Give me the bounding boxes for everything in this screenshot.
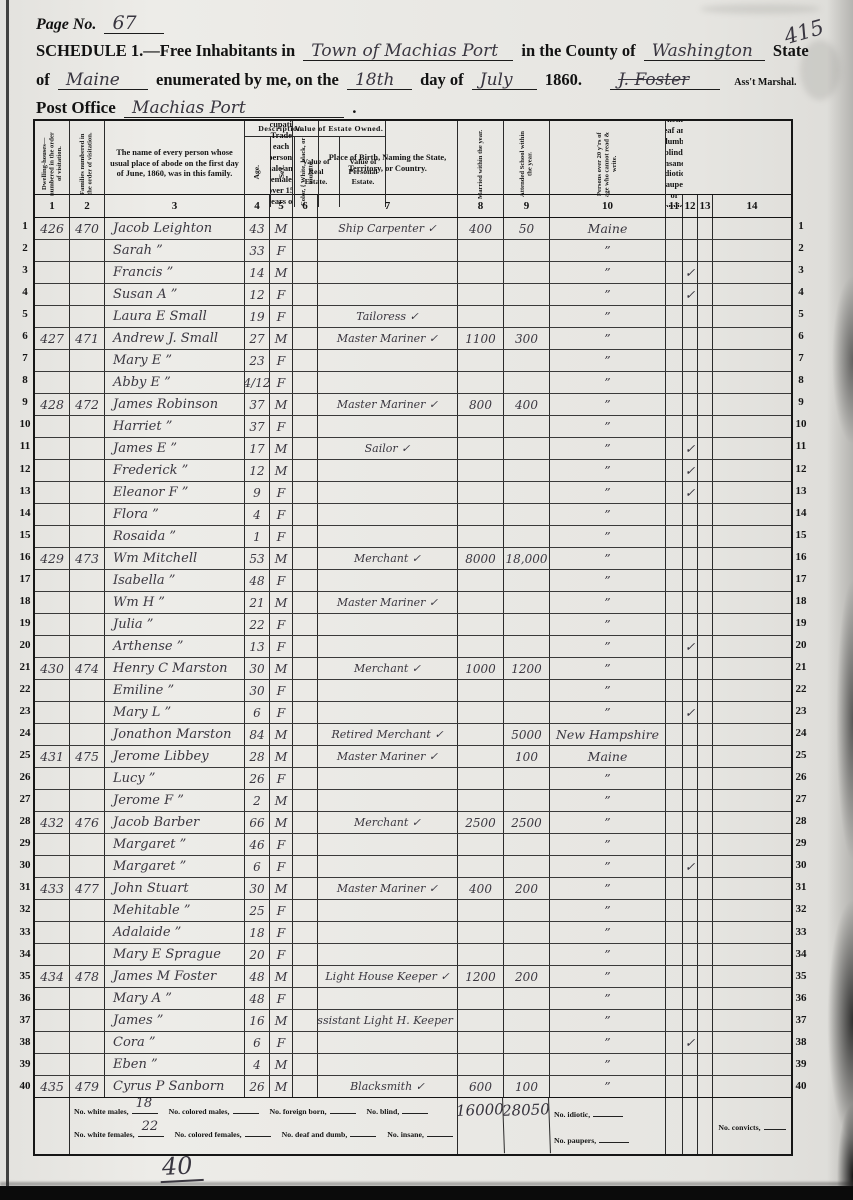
cell-re: 2500 [458, 812, 504, 833]
census-scan-page: Page No. 67 SCHEDULE 1.—Free Inhabitants… [0, 0, 853, 1200]
cell-name: James E ” [105, 438, 245, 459]
tally-label: No. colored males, [169, 1107, 230, 1116]
footer-tally-section: No. white males,18No. colored males,No. … [70, 1098, 458, 1154]
cell-birth: Maine [550, 218, 666, 239]
tally-label: No. white females, [74, 1130, 135, 1139]
cell-age: 25 [245, 900, 270, 921]
row-number: 13 [793, 480, 809, 502]
cell-dw [35, 438, 70, 459]
cell-name: Isabella ” [105, 570, 245, 591]
cell-dw: 432 [35, 812, 70, 833]
cell-sex: M [270, 548, 293, 569]
cell-fam [70, 416, 105, 437]
row-number: 37 [17, 1009, 33, 1031]
cell-pe [504, 944, 550, 965]
cell-pe [504, 1010, 550, 1031]
cell-sex: M [270, 746, 293, 767]
cell-fam [70, 1010, 105, 1031]
cell-pe [504, 900, 550, 921]
tally-item: No. foreign born, [270, 1103, 356, 1116]
cell-r [698, 1054, 713, 1075]
convicts-label: No. convicts, [718, 1123, 760, 1132]
tally-label: No. colored females, [175, 1130, 242, 1139]
cell-pe [504, 856, 550, 877]
cell-rem [713, 240, 791, 261]
row-number: 6 [17, 325, 33, 347]
cell-rem [713, 680, 791, 701]
census-row: Francis ”14M”✓ [35, 262, 791, 284]
cell-m [666, 658, 683, 679]
cell-sex: F [270, 900, 293, 921]
cell-col [293, 966, 318, 987]
cell-name: Abby E ” [105, 372, 245, 393]
cell-r [698, 306, 713, 327]
cell-s [683, 834, 698, 855]
cell-col [293, 504, 318, 525]
tally-blank: 22 [138, 1126, 164, 1137]
tally-item: No. deaf and dumb, [282, 1126, 377, 1139]
cell-sex: F [270, 526, 293, 547]
cell-dw [35, 856, 70, 877]
census-row: Isabella ”48F” [35, 570, 791, 592]
cell-sex: F [270, 988, 293, 1009]
census-row: Susan A ”12F”✓ [35, 284, 791, 306]
row-number: 27 [793, 788, 809, 810]
cell-s [683, 724, 698, 745]
cell-pe [504, 570, 550, 591]
cell-fam [70, 834, 105, 855]
row-number: 37 [793, 1009, 809, 1031]
cell-fam [70, 988, 105, 1009]
scan-bottom-edge [0, 1186, 853, 1200]
cell-pe [504, 240, 550, 261]
cell-age: 1 [245, 526, 270, 547]
cell-occ [318, 504, 458, 525]
cell-birth: ” [550, 988, 666, 1009]
cell-fam: 478 [70, 966, 105, 987]
tally-line: No. white males,18No. colored males,No. … [74, 1103, 457, 1126]
cell-s [683, 504, 698, 525]
cell-age: 28 [245, 746, 270, 767]
cell-name: Mary A ” [105, 988, 245, 1009]
tally-blank [350, 1126, 376, 1137]
cell-r [698, 570, 713, 591]
row-number: 22 [793, 678, 809, 700]
cell-rem [713, 262, 791, 283]
cell-occ: Master Mariner ✓ [318, 394, 458, 415]
cell-pe [504, 416, 550, 437]
cell-s [683, 1010, 698, 1031]
cell-name: Emiline ” [105, 680, 245, 701]
cell-m [666, 1010, 683, 1031]
cell-occ: Merchant ✓ [318, 658, 458, 679]
cell-pe [504, 922, 550, 943]
cell-occ [318, 614, 458, 635]
cell-birth: New Hampshire [550, 724, 666, 745]
cell-sex: F [270, 570, 293, 591]
cell-s: ✓ [683, 262, 698, 283]
row-number: 36 [793, 987, 809, 1009]
cell-re [458, 372, 504, 393]
cell-sex: M [270, 218, 293, 239]
cell-sex: M [270, 724, 293, 745]
cell-re [458, 702, 504, 723]
census-row: 434478James M Foster48MLight House Keepe… [35, 966, 791, 988]
cell-dw [35, 922, 70, 943]
cell-age: 26 [245, 768, 270, 789]
cell-col [293, 680, 318, 701]
cell-r [698, 350, 713, 371]
paupers-blank [599, 1134, 629, 1143]
row-number: 9 [793, 391, 809, 413]
cell-fam: 472 [70, 394, 105, 415]
cell-s [683, 1076, 698, 1097]
row-number: 19 [793, 612, 809, 634]
schedule-enumerated: enumerated by me, on the [156, 70, 339, 89]
cell-re [458, 438, 504, 459]
cell-col [293, 988, 318, 1009]
census-row: Eben ”4M” [35, 1054, 791, 1076]
row-number: 11 [17, 435, 33, 457]
census-row: Jonathon Marston84MRetired Merchant ✓500… [35, 724, 791, 746]
cell-r [698, 834, 713, 855]
cell-rem [713, 944, 791, 965]
census-row: Emiline ”30F” [35, 680, 791, 702]
cell-rem [713, 570, 791, 591]
cell-age: 13 [245, 636, 270, 657]
cell-m [666, 460, 683, 481]
row-number: 28 [17, 810, 33, 832]
cell-age: 84 [245, 724, 270, 745]
row-number: 9 [17, 391, 33, 413]
cell-m [666, 1032, 683, 1053]
cell-m [666, 328, 683, 349]
tally-item: No. blind, [367, 1103, 429, 1116]
row-number: 25 [793, 744, 809, 766]
cell-r [698, 856, 713, 877]
cell-pe [504, 372, 550, 393]
cell-sex: M [270, 790, 293, 811]
row-number: 18 [793, 590, 809, 612]
cell-name: Margaret ” [105, 834, 245, 855]
tally-item: No. colored females, [175, 1126, 271, 1139]
cell-s [683, 746, 698, 767]
row-number: 13 [17, 480, 33, 502]
cell-sex: F [270, 416, 293, 437]
cell-rem [713, 1032, 791, 1053]
form-header: Page No. 67 SCHEDULE 1.—Free Inhabitants… [36, 10, 826, 118]
cell-r [698, 284, 713, 305]
cell-birth: ” [550, 768, 666, 789]
row-number: 40 [17, 1075, 33, 1097]
cell-occ [318, 350, 458, 371]
cell-col [293, 482, 318, 503]
cell-fam: 479 [70, 1076, 105, 1097]
tally-blank: 18 [132, 1103, 158, 1114]
cell-m [666, 350, 683, 371]
census-row: Harriet ”37F” [35, 416, 791, 438]
cell-col [293, 460, 318, 481]
cell-col [293, 702, 318, 723]
cell-re [458, 614, 504, 635]
cell-occ: Master Mariner ✓ [318, 878, 458, 899]
cell-col [293, 284, 318, 305]
cell-r [698, 1076, 713, 1097]
cell-s [683, 306, 698, 327]
row-number: 26 [17, 766, 33, 788]
census-table: Dwelling-houses— numbered in the order o… [33, 119, 793, 1156]
cell-birth: ” [550, 614, 666, 635]
cell-fam: 474 [70, 658, 105, 679]
tally-value: 18 [136, 1098, 153, 1111]
cell-r [698, 482, 713, 503]
cell-dw [35, 988, 70, 1009]
cell-s: ✓ [683, 702, 698, 723]
cell-name: Julia ” [105, 614, 245, 635]
cell-sex: F [270, 944, 293, 965]
cell-fam [70, 570, 105, 591]
row-number: 6 [793, 325, 809, 347]
cell-s [683, 790, 698, 811]
cell-re [458, 900, 504, 921]
cell-pe [504, 768, 550, 789]
cell-col [293, 1010, 318, 1031]
cell-fam [70, 944, 105, 965]
row-numbers-left: 1234567891011121314151617181920212223242… [17, 215, 33, 1097]
cell-re [458, 834, 504, 855]
cell-r [698, 394, 713, 415]
footer-empty-cell [35, 1098, 70, 1154]
cell-birth: ” [550, 570, 666, 591]
cell-col [293, 262, 318, 283]
cell-occ [318, 900, 458, 921]
schedule-county-label: in the County of [521, 41, 635, 60]
cell-name: Eleanor F ” [105, 482, 245, 503]
cell-pe: 50 [504, 218, 550, 239]
cell-s: ✓ [683, 438, 698, 459]
cell-re: 1100 [458, 328, 504, 349]
cell-sex: F [270, 482, 293, 503]
cell-dw [35, 900, 70, 921]
personal-estate-total: 28050 [503, 1097, 551, 1155]
cell-birth: ” [550, 834, 666, 855]
census-row: Jerome F ”2M” [35, 790, 791, 812]
idiotic-label: No. idiotic, [554, 1110, 590, 1119]
cell-fam [70, 482, 105, 503]
cell-occ [318, 636, 458, 657]
schedule-place: Town of Machias Port [303, 43, 513, 61]
census-row: Abby E ”4/12F” [35, 372, 791, 394]
cell-dw [35, 636, 70, 657]
census-row: Mehitable ”25F” [35, 900, 791, 922]
cell-name: Eben ” [105, 1054, 245, 1075]
cell-rem [713, 812, 791, 833]
cell-fam [70, 284, 105, 305]
cell-dw [35, 724, 70, 745]
cell-occ [318, 284, 458, 305]
cell-m [666, 218, 683, 239]
schedule-year: 1860. [545, 70, 582, 89]
cell-r [698, 262, 713, 283]
cell-sex: M [270, 812, 293, 833]
cell-re [458, 350, 504, 371]
cell-sex: F [270, 614, 293, 635]
cell-pe: 200 [504, 878, 550, 899]
cell-re [458, 856, 504, 877]
cell-m [666, 702, 683, 723]
cell-occ [318, 790, 458, 811]
cell-col [293, 812, 318, 833]
cell-age: 19 [245, 306, 270, 327]
cell-sex: F [270, 504, 293, 525]
cell-birth: ” [550, 350, 666, 371]
row-number: 8 [17, 369, 33, 391]
cell-s [683, 1054, 698, 1075]
cell-r [698, 636, 713, 657]
cell-pe: 100 [504, 1076, 550, 1097]
cell-occ [318, 262, 458, 283]
schedule-county: Washington [644, 43, 765, 61]
cell-age: 21 [245, 592, 270, 613]
cell-re [458, 284, 504, 305]
census-row: 435479Cyrus P Sanborn26MBlacksmith ✓6001… [35, 1076, 791, 1098]
real-estate-total: 16000 [457, 1097, 505, 1155]
cell-pe [504, 1054, 550, 1075]
cell-s [683, 614, 698, 635]
cell-s [683, 350, 698, 371]
cell-col [293, 900, 318, 921]
cell-birth: ” [550, 1076, 666, 1097]
cell-r [698, 416, 713, 437]
cell-occ: Master Mariner ✓ [318, 592, 458, 613]
census-row: Sarah ”33F” [35, 240, 791, 262]
cell-m [666, 834, 683, 855]
cell-birth: ” [550, 658, 666, 679]
cell-fam [70, 592, 105, 613]
cell-sex: F [270, 636, 293, 657]
row-number: 12 [793, 458, 809, 480]
cell-fam [70, 768, 105, 789]
census-row: Lucy ”26F” [35, 768, 791, 790]
cell-occ: Master Mariner ✓ [318, 328, 458, 349]
page-no-label: Page No. [36, 16, 96, 33]
cell-s [683, 394, 698, 415]
cell-fam [70, 680, 105, 701]
cell-birth: ” [550, 1032, 666, 1053]
cell-re [458, 724, 504, 745]
cell-fam [70, 504, 105, 525]
cell-fam [70, 856, 105, 877]
cell-m [666, 482, 683, 503]
cell-age: 46 [245, 834, 270, 855]
row-number: 4 [793, 281, 809, 303]
post-office-label: Post Office [36, 98, 116, 117]
cell-pe [504, 790, 550, 811]
tally-label: No. deaf and dumb, [282, 1130, 348, 1139]
cell-dw: 427 [35, 328, 70, 349]
cell-rem [713, 922, 791, 943]
cell-occ [318, 944, 458, 965]
cell-col [293, 878, 318, 899]
cell-col [293, 724, 318, 745]
cell-age: 20 [245, 944, 270, 965]
cell-pe [504, 1032, 550, 1053]
cell-birth: ” [550, 262, 666, 283]
cell-re: 1000 [458, 658, 504, 679]
row-number: 32 [17, 898, 33, 920]
row-number: 3 [793, 259, 809, 281]
cell-r [698, 988, 713, 1009]
cell-s [683, 768, 698, 789]
cell-col [293, 834, 318, 855]
cell-s [683, 680, 698, 701]
paupers-label: No. paupers, [554, 1136, 596, 1145]
cell-rem [713, 350, 791, 371]
cell-age: 23 [245, 350, 270, 371]
row-number: 4 [17, 281, 33, 303]
cell-dw [35, 240, 70, 261]
cell-birth: ” [550, 944, 666, 965]
cell-rem [713, 1076, 791, 1097]
cell-age: 48 [245, 966, 270, 987]
cell-sex: F [270, 350, 293, 371]
cell-rem [713, 482, 791, 503]
cell-dw [35, 944, 70, 965]
cell-dw: 435 [35, 1076, 70, 1097]
cell-name: Susan A ” [105, 284, 245, 305]
cell-age: 6 [245, 702, 270, 723]
row-number: 36 [17, 987, 33, 1009]
cell-dw [35, 460, 70, 481]
cell-col [293, 636, 318, 657]
cell-rem [713, 768, 791, 789]
row-number: 24 [793, 722, 809, 744]
column-number: 7 [318, 195, 458, 217]
cell-occ: Merchant ✓ [318, 812, 458, 833]
cell-sex: F [270, 372, 293, 393]
cell-s [683, 812, 698, 833]
cell-s [683, 526, 698, 547]
cell-s [683, 878, 698, 899]
census-row: Flora ”4F” [35, 504, 791, 526]
footer-col12-cell [683, 1098, 698, 1154]
cell-sex: F [270, 834, 293, 855]
post-office-value: Machias Port [124, 100, 344, 118]
column-number: 13 [698, 195, 713, 217]
cell-s [683, 944, 698, 965]
cell-re: 8000 [458, 548, 504, 569]
cell-s [683, 592, 698, 613]
post-office-period: . [352, 98, 356, 117]
census-row: Mary A ”48F” [35, 988, 791, 1010]
cell-r [698, 702, 713, 723]
cell-m [666, 548, 683, 569]
cell-m [666, 724, 683, 745]
cell-age: 16 [245, 1010, 270, 1031]
cell-s: ✓ [683, 460, 698, 481]
cell-age: 4/12 [245, 372, 270, 393]
census-row: 426470Jacob Leighton43MShip Carpenter ✓4… [35, 218, 791, 240]
row-number: 16 [793, 546, 809, 568]
cell-occ: Tailoress ✓ [318, 306, 458, 327]
cell-occ [318, 1032, 458, 1053]
cell-col [293, 372, 318, 393]
row-number: 29 [793, 832, 809, 854]
cell-age: 53 [245, 548, 270, 569]
convicts-blank [764, 1121, 786, 1130]
cell-name: James Robinson [105, 394, 245, 415]
schedule-title: SCHEDULE 1.—Free Inhabitants in [36, 41, 295, 60]
